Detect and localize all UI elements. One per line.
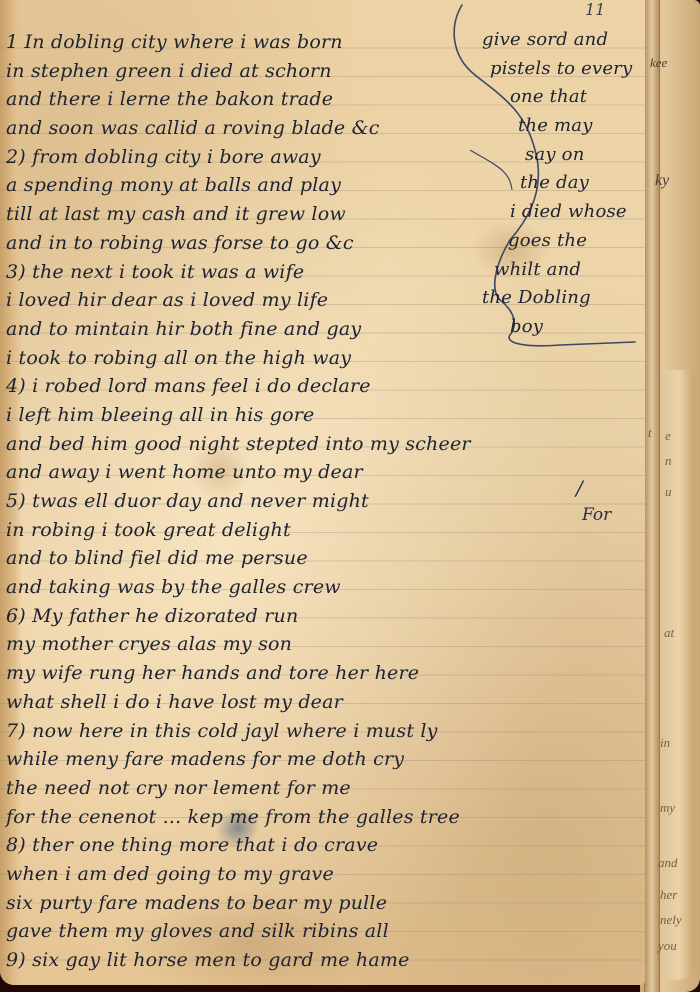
back-page-fragment: her — [660, 887, 677, 903]
back-page-fragment: you — [658, 938, 677, 954]
verse-line: and taking was by the galles crew — [6, 573, 645, 602]
verse-line: for the cenenot ... kep me from the gall… — [6, 803, 645, 832]
chorus-line: give sord and — [480, 26, 640, 55]
back-page-fragment: and — [658, 855, 678, 871]
verse-line: 5) twas ell duor day and never might — [6, 487, 645, 516]
chorus-line: boy — [480, 313, 640, 342]
verse-line: 6) My father he dizorated run — [6, 602, 645, 631]
back-page-fragment: at — [664, 625, 674, 641]
back-page-fragment: nely — [660, 912, 682, 928]
verse-line: the need not cry nor lement for me — [6, 774, 645, 803]
margin-mark: / — [576, 476, 583, 500]
verse-line: and soon was callid a roving blade &c — [6, 114, 486, 143]
verse-line: and in to robing was forse to go &c — [6, 229, 486, 258]
back-page-fragment: kee — [650, 55, 667, 71]
song-verses: 1 In dobling city where i was born in st… — [6, 28, 486, 975]
verse-line: 9) six gay lit horse men to gard me hame — [6, 946, 645, 975]
verse-line: my wife rung her hands and tore her here — [6, 659, 645, 688]
verse-line: six purty fare madens to bear my pulle — [6, 889, 645, 918]
chorus-line: the may — [480, 112, 640, 141]
verse-line: a spending mony at balls and play — [6, 171, 486, 200]
chorus-line: say on — [480, 141, 640, 170]
verse-line: and to mintain hir both fine and gay — [6, 315, 486, 344]
back-page-fragment: ky — [655, 172, 669, 190]
verse-line: and bed him good night stepted into my s… — [6, 430, 645, 459]
verse-line: i left him bleeing all in his gore — [6, 401, 645, 430]
verse-line: till at last my cash and it grew low — [6, 200, 486, 229]
verse-line: my mother cryes alas my son — [6, 630, 645, 659]
page-edge — [645, 0, 659, 992]
verse-line: gave them my gloves and silk ribins all — [6, 917, 645, 946]
verse-line: 8) ther one thing more that i do crave — [6, 831, 645, 860]
verse-line: when i am ded going to my grave — [6, 860, 645, 889]
verse-line: in robing i took great delight — [6, 516, 645, 545]
back-page-fragment: e — [665, 428, 671, 444]
chorus-line: pistels to every — [480, 55, 640, 84]
chorus-line: the day — [480, 169, 640, 198]
manuscript-scan: kee ky t e n u at in my and her nely you… — [0, 0, 700, 992]
chorus-line: the Dobling — [480, 284, 640, 313]
verse-line: and to blind fiel did me persue — [6, 544, 645, 573]
verse-line: 1 In dobling city where i was born — [6, 28, 486, 57]
manuscript-page: 11 1 In dobling city where i was born in… — [0, 0, 645, 985]
chorus-block: give sord and pistels to every one that … — [480, 26, 640, 342]
back-page-fragment: my — [660, 800, 675, 816]
chorus-line: whilt and — [480, 256, 640, 285]
verse-line: i loved hir dear as i loved my life — [6, 286, 486, 315]
verse-line: 4) i robed lord mans feel i do declare — [6, 372, 645, 401]
verse-line: what shell i do i have lost my dear — [6, 688, 645, 717]
verse-line: while meny fare madens for me doth cry — [6, 745, 645, 774]
back-page-fragment: n — [665, 453, 672, 469]
back-page-fragment: in — [660, 735, 670, 751]
back-page-fragment: t — [648, 425, 652, 441]
back-page-fragment: u — [665, 484, 672, 500]
verse-line: 7) now here in this cold jayl where i mu… — [6, 717, 645, 746]
verse-line: in stephen green i died at schorn — [6, 57, 486, 86]
chorus-line: one that — [480, 83, 640, 112]
verse-line: and away i went home unto my dear — [6, 458, 645, 487]
verse-line: and there i lerne the bakon trade — [6, 85, 486, 114]
chorus-line: goes the — [480, 227, 640, 256]
margin-note: For — [582, 505, 611, 525]
verse-line: 3) the next i took it was a wife — [6, 258, 486, 287]
chorus-line: i died whose — [480, 198, 640, 227]
verse-line: 2) from dobling city i bore away — [6, 143, 486, 172]
verse-line: i took to robing all on the high way — [6, 344, 486, 373]
